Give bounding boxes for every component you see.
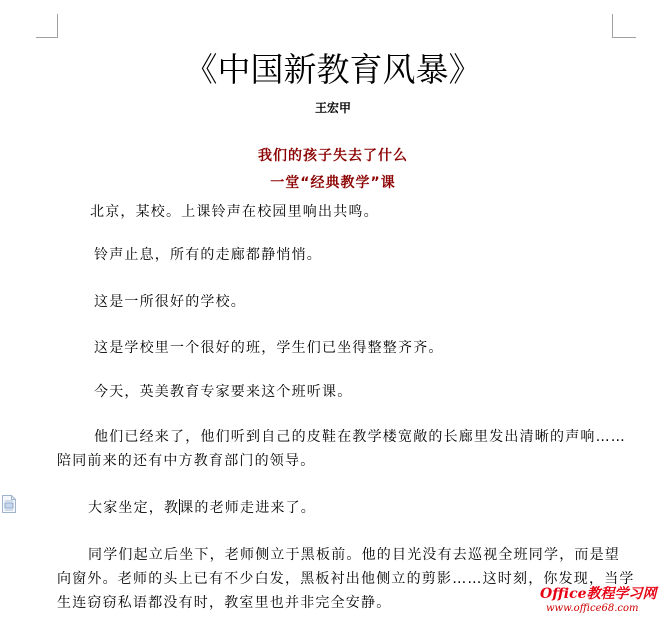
document-icon[interactable] — [2, 495, 16, 513]
paragraph: 今天，英美教育专家要来这个班听课。 — [57, 380, 635, 404]
paragraph-text: 他们已经来了，他们听到自己的皮鞋在教学楼宽敞的长廊里发出清晰的声响……陪同前来的… — [57, 429, 626, 469]
document-author: 王宏甲 — [0, 99, 666, 117]
top-right-margin-mark — [612, 14, 636, 38]
paragraph-text: 北京，某校。上课铃声在校园里响出共鸣。 — [90, 204, 379, 220]
paragraph: 这是一所很好的学校。 — [57, 290, 635, 314]
watermark-url: www.office68.com — [546, 602, 666, 615]
watermark-title: Office教程学习网 — [540, 586, 666, 602]
watermark: Office教程学习网 www.office68.com — [540, 586, 666, 615]
paragraph-with-cursor[interactable]: 大家坐定，教课的老师走进来了。 — [57, 496, 635, 520]
paragraph-text-after-cursor: 课的老师走进来了。 — [179, 500, 316, 516]
paragraph-text: 这是学校里一个很好的班，学生们已坐得整整齐齐。 — [94, 340, 444, 356]
paragraph: 他们已经来了，他们听到自己的皮鞋在教学楼宽敞的长廊里发出清晰的声响……陪同前来的… — [57, 425, 635, 473]
paragraph: 这是学校里一个很好的班，学生们已坐得整整齐齐。 — [57, 336, 635, 360]
subtitle-2: 一堂“经典教学”课 — [0, 173, 666, 193]
paragraph-text-before-cursor: 大家坐定，教 — [88, 500, 179, 516]
paragraph-text: 铃声止息，所有的走廊都静悄悄。 — [94, 247, 322, 263]
subtitle-1: 我们的孩子失去了什么 — [0, 146, 666, 166]
paragraph-text: 这是一所很好的学校。 — [94, 294, 246, 310]
top-left-margin-mark — [36, 14, 58, 38]
paragraph: 北京，某校。上课铃声在校园里响出共鸣。 — [57, 200, 635, 224]
paragraph: 铃声止息，所有的走廊都静悄悄。 — [57, 243, 635, 267]
paragraph-text: 今天，英美教育专家要来这个班听课。 — [94, 384, 352, 400]
document-title: 《中国新教育风暴》 — [0, 48, 666, 92]
